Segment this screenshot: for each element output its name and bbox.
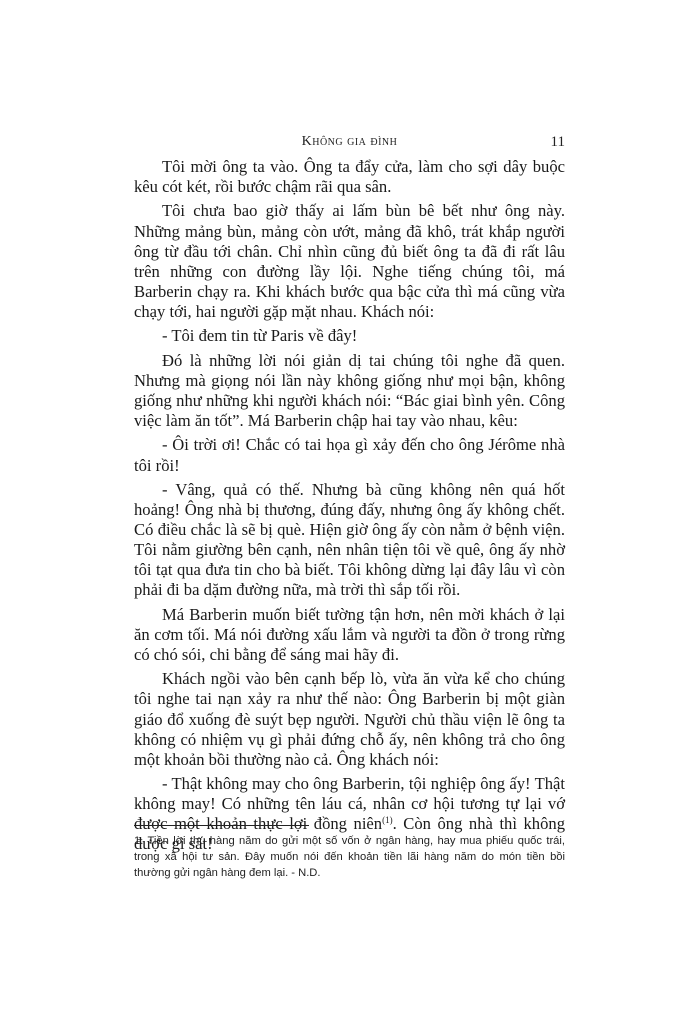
paragraph: Tôi chưa bao giờ thấy ai lấm bùn bê bết …	[134, 201, 565, 322]
paragraph: - Tôi đem tin từ Paris về đây!	[134, 326, 565, 346]
footnote-reference: (1)	[382, 815, 393, 825]
body-text: Tôi mời ông ta vào. Ông ta đẩy cửa, làm …	[134, 157, 565, 859]
footnote: 1. Tiền lời thu hàng năm do gửi một số v…	[134, 833, 565, 881]
paragraph: Khách ngồi vào bên cạnh bếp lò, vừa ăn v…	[134, 669, 565, 769]
running-head: Không gia đình 11	[134, 134, 565, 154]
paragraph: Tôi mời ông ta vào. Ông ta đẩy cửa, làm …	[134, 157, 565, 197]
paragraph: - Vâng, quả có thế. Nhưng bà cũng không …	[134, 480, 565, 601]
paragraph: Má Barberin muốn biết tường tận hơn, nên…	[134, 605, 565, 665]
chapter-title: Không gia đình	[134, 134, 565, 150]
paragraph: Đó là những lời nói giản dị tai chúng tô…	[134, 351, 565, 431]
footnote-divider	[134, 825, 309, 826]
page-number: 11	[551, 134, 565, 151]
paragraph: - Ôi trời ơi! Chắc có tai họa gì xảy đến…	[134, 435, 565, 475]
